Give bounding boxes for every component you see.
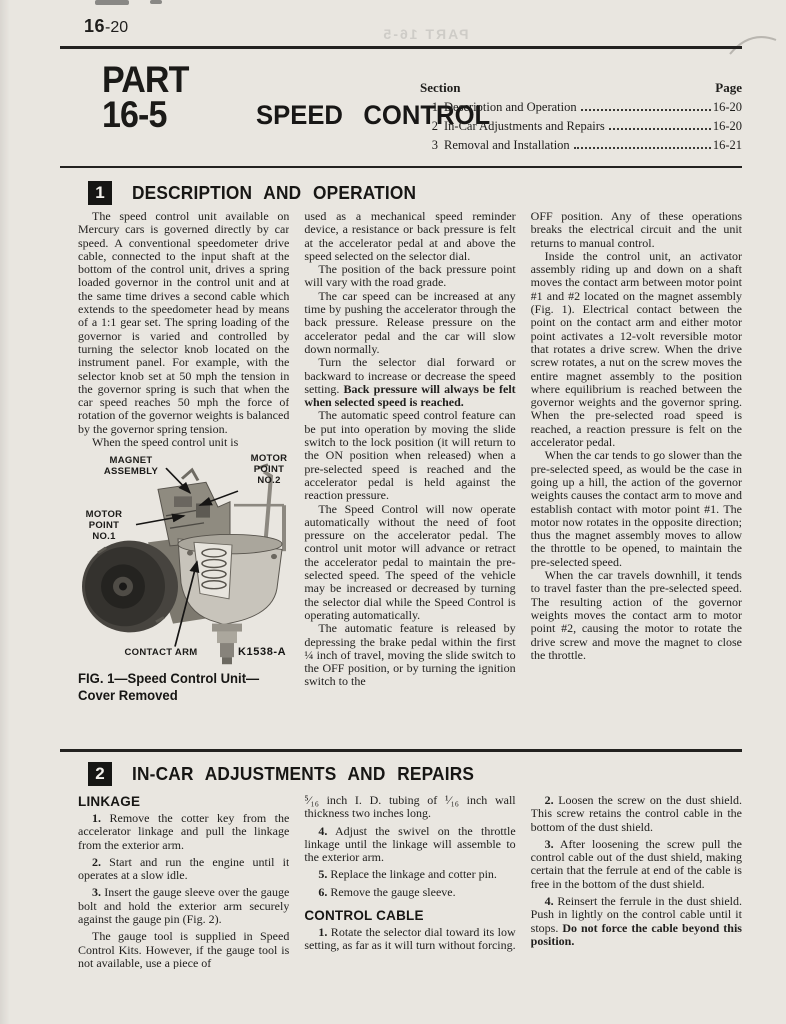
figure-label-contact-arm: CONTACT ARM xyxy=(118,648,204,659)
section2-column-3: 2. Loosen the screw on the dust shield. … xyxy=(531,794,742,969)
paragraph: OFF position. Any of these operations br… xyxy=(531,210,742,250)
toc-dot-leader xyxy=(609,128,711,130)
table-of-contents: Section Page 1Description and Operation1… xyxy=(420,80,742,154)
paragraph: 4. Adjust the swivel on the throttle lin… xyxy=(304,825,515,865)
paragraph: 2. Loosen the screw on the dust shield. … xyxy=(531,794,742,834)
figure-label-motor-point-2: MOTOR POINT NO.2 xyxy=(244,454,289,487)
page-edge-shadow xyxy=(0,0,10,1024)
scan-smudge xyxy=(95,0,129,5)
paragraph: The automatic feature is released by dep… xyxy=(304,622,515,688)
section2-number-box: 2 xyxy=(88,762,112,786)
section1-column-3: OFF position. Any of these operations br… xyxy=(531,210,742,748)
toc-section-header: Section xyxy=(420,80,460,96)
section2-heading: 2 IN-CAR ADJUSTMENTS AND REPAIRS xyxy=(88,762,488,786)
paragraph: The position of the back pressure point … xyxy=(304,263,515,290)
paragraph: 3. After loosening the screw pull the co… xyxy=(531,838,742,891)
toc-item-label: In-Car Adjustments and Repairs xyxy=(444,117,605,136)
toc-dot-leader xyxy=(574,147,711,149)
paragraph: The gauge tool is supplied in Speed Cont… xyxy=(78,930,289,969)
figure-label-motor-point-1: MOTOR POINT NO.1 xyxy=(78,510,130,543)
section2-title: IN-CAR ADJUSTMENTS AND REPAIRS xyxy=(132,764,474,785)
section1-title: DESCRIPTION AND OPERATION xyxy=(132,183,416,204)
page-curl-mark xyxy=(728,28,778,58)
paragraph: 1. Rotate the selector dial toward its l… xyxy=(304,926,515,953)
section2-columns: LINKAGE1. Remove the cotter key from the… xyxy=(78,794,742,969)
toc-row: 1Description and Operation16-20 xyxy=(420,98,742,117)
paragraph: Turn the selector dial forward or backwa… xyxy=(304,356,515,409)
paragraph: ⁵⁄₁₆ inch I. D. tubing of ¹⁄₁₆ inch wall… xyxy=(304,794,515,821)
toc-item-page: 16-20 xyxy=(713,117,742,136)
paragraph: The speed control unit available on Merc… xyxy=(78,210,289,436)
paragraph: 2. Start and run the engine until it ope… xyxy=(78,856,289,883)
paragraph: used as a mechanical speed reminder devi… xyxy=(304,210,515,263)
paragraph: 1. Remove the cotter key from the accele… xyxy=(78,812,289,852)
subheading: LINKAGE xyxy=(78,794,289,809)
toc-row: 2In-Car Adjustments and Repairs16-20 xyxy=(420,117,742,136)
page-number: 16-20 xyxy=(84,16,128,37)
paragraph: 5. Replace the linkage and cotter pin. xyxy=(304,868,515,881)
paragraph: 6. Remove the gauge sleeve. xyxy=(304,886,515,899)
paragraph: 4. Reinsert the ferrule in the dust shie… xyxy=(531,895,742,948)
part-word: PART xyxy=(102,62,240,97)
page-number-part: 16 xyxy=(84,16,105,36)
section1-heading: 1 DESCRIPTION AND OPERATION xyxy=(88,181,428,205)
paragraph: Inside the control unit, an activator as… xyxy=(531,250,742,449)
paragraph: The Speed Control will now operate autom… xyxy=(304,503,515,623)
figure-caption: FIG. 1—Speed Control Unit— Cover Removed xyxy=(78,671,283,705)
section1-columns: The speed control unit available on Merc… xyxy=(78,210,742,748)
toc-page-header: Page xyxy=(715,80,742,96)
toc-item-page: 16-21 xyxy=(713,136,742,155)
toc-row: 3Removal and Installation16-21 xyxy=(420,136,742,155)
section1-column-2: used as a mechanical speed reminder devi… xyxy=(304,210,515,748)
paragraph: When the car travels downhill, it tends … xyxy=(531,569,742,662)
part-label: PART 16-5 xyxy=(62,62,252,162)
toc-item-number: 1 xyxy=(420,98,438,117)
toc-item-label: Removal and Installation xyxy=(444,136,570,155)
page-number-suffix: -20 xyxy=(105,19,128,36)
paragraph: The automatic speed control feature can … xyxy=(304,409,515,502)
paragraph: When the speed control unit is xyxy=(78,436,289,449)
toc-item-number: 2 xyxy=(420,117,438,136)
header-rule xyxy=(60,166,742,168)
section2-column-1: LINKAGE1. Remove the cotter key from the… xyxy=(78,794,289,969)
scan-smudge xyxy=(150,0,162,4)
section1-column-1: The speed control unit available on Merc… xyxy=(78,210,289,748)
figure-1: MAGNET ASSEMBLY MOTOR POINT NO.2 MOTOR P… xyxy=(78,454,289,666)
toc-dot-leader xyxy=(581,109,711,111)
toc-item-number: 3 xyxy=(420,136,438,155)
paragraph: 3. Insert the gauge sleeve over the gaug… xyxy=(78,886,289,926)
part-number: 16-5 xyxy=(102,97,240,132)
top-rule xyxy=(60,46,742,49)
ghost-bleed-text: PART 16-5 xyxy=(300,26,550,42)
header: PART 16-5 SPEED CONTROL Section Page 1De… xyxy=(62,62,742,162)
section1-number-box: 1 xyxy=(88,181,112,205)
paragraph: The car speed can be increased at any ti… xyxy=(304,290,515,356)
toc-item-page: 16-20 xyxy=(713,98,742,117)
subheading: CONTROL CABLE xyxy=(304,908,515,923)
section-divider-rule xyxy=(60,749,742,752)
toc-item-label: Description and Operation xyxy=(444,98,577,117)
figure-code: K1538-A xyxy=(238,646,286,658)
figure-label-magnet-assembly: MAGNET ASSEMBLY xyxy=(94,456,168,478)
toc-header-row: Section Page xyxy=(420,80,742,96)
section1-column-1-text: The speed control unit available on Merc… xyxy=(78,210,289,449)
paragraph: When the car tends to go slower than the… xyxy=(531,449,742,569)
section2-column-2: ⁵⁄₁₆ inch I. D. tubing of ¹⁄₁₆ inch wall… xyxy=(304,794,515,969)
